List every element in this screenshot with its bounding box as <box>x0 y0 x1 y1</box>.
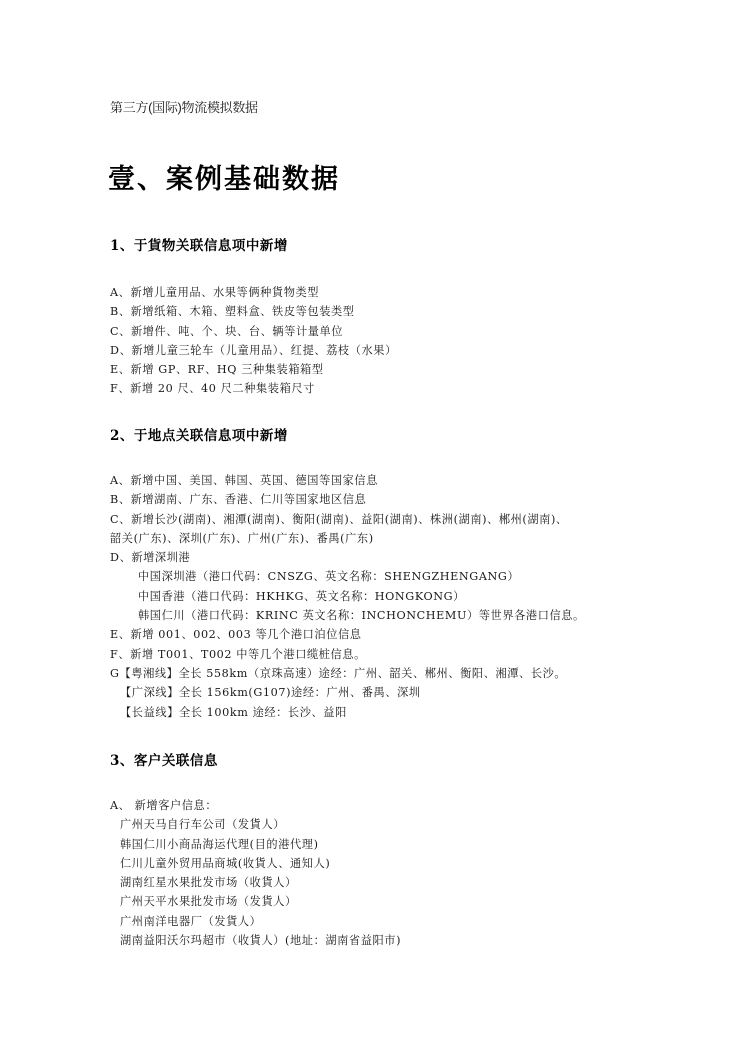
list-item-route: 【广深线】全长 156km(G107)途经：广州、番禺、深圳 <box>110 683 585 702</box>
section-3-heading: 3、客户关联信息 <box>110 751 218 771</box>
list-item: D、新增儿童三轮车（儿童用品）、红提、荔枝（水果） <box>110 341 397 360</box>
list-item: G【粤湘线】全长 558km（京珠高速）途经：广州、韶关、郴州、衡阳、湘潭、长沙… <box>110 664 585 683</box>
list-item: 韶关(广东)、深圳(广东)、广州(广东)、番禺(广东) <box>110 529 585 548</box>
list-item-port: 中国香港（港口代码：HKHKG、英文名称：HONGKONG） <box>110 587 585 606</box>
list-item-route: 【长益线】全长 100km 途经：长沙、益阳 <box>110 703 585 722</box>
list-item: F、新增 T001、T002 中等几个港口缆桩信息。 <box>110 645 585 664</box>
section-1-list: A、新增儿童用品、水果等俩种貨物类型 B、新增纸箱、木箱、塑料盒、铁皮等包装类型… <box>110 283 397 399</box>
customer-item: 湖南益阳沃尔玛超市（收貨人）(地址：湖南省益阳市) <box>110 931 401 950</box>
section-3-list: A、 新增客户信息： 广州天马自行车公司（发貨人） 韩国仁川小商品海运代理(目的… <box>110 796 401 950</box>
list-item: D、新增深圳港 <box>110 548 585 567</box>
list-item: E、新增 001、002、003 等几个港口泊位信息 <box>110 625 585 644</box>
main-title: 壹、案例基础数据 <box>108 162 340 198</box>
list-item: B、新增纸箱、木箱、塑料盒、铁皮等包装类型 <box>110 302 397 321</box>
document-page: 第三方(国际)物流模拟数据 壹、案例基础数据 1、于貨物关联信息项中新增 A、新… <box>0 0 744 1052</box>
customer-item: 韩国仁川小商品海运代理(目的港代理) <box>110 835 401 854</box>
list-item: B、新增湖南、广东、香港、仁川等国家地区信息 <box>110 490 585 509</box>
list-item: A、新增中国、美国、韩国、英国、德国等国家信息 <box>110 471 585 490</box>
document-header: 第三方(国际)物流模拟数据 <box>110 99 258 117</box>
customer-item: 广州天马自行车公司（发貨人） <box>110 815 401 834</box>
list-item: A、 新增客户信息： <box>110 796 401 815</box>
list-item-port: 中国深圳港（港口代码：CNSZG、英文名称：SHENGZHENGANG） <box>110 567 585 586</box>
list-item-port: 韩国仁川（港口代码：KRINC 英文名称：INCHONCHEMU）等世界各港口信… <box>110 606 585 625</box>
customer-item: 仁川儿童外贸用品商城(收貨人、通知人) <box>110 854 401 873</box>
customer-item: 广州南洋电器厂（发貨人） <box>110 912 401 931</box>
customer-item: 湖南红星水果批发市场（收貨人） <box>110 873 401 892</box>
list-item: C、新增长沙(湖南)、湘潭(湖南)、衡阳(湖南)、益阳(湖南)、株洲(湖南)、郴… <box>110 510 585 529</box>
list-item: E、新增 GP、RF、HQ 三种集装箱箱型 <box>110 360 397 379</box>
section-2-heading: 2、于地点关联信息项中新增 <box>110 426 288 446</box>
section-1-heading: 1、于貨物关联信息项中新增 <box>110 236 288 256</box>
list-item: A、新增儿童用品、水果等俩种貨物类型 <box>110 283 397 302</box>
list-item: F、新增 20 尺、40 尺二种集装箱尺寸 <box>110 379 397 398</box>
section-2-list: A、新增中国、美国、韩国、英国、德国等国家信息 B、新增湖南、广东、香港、仁川等… <box>110 471 585 722</box>
customer-item: 广州天平水果批发市场（发貨人） <box>110 892 401 911</box>
list-item: C、新增件、吨、个、块、台、辆等计量单位 <box>110 322 397 341</box>
